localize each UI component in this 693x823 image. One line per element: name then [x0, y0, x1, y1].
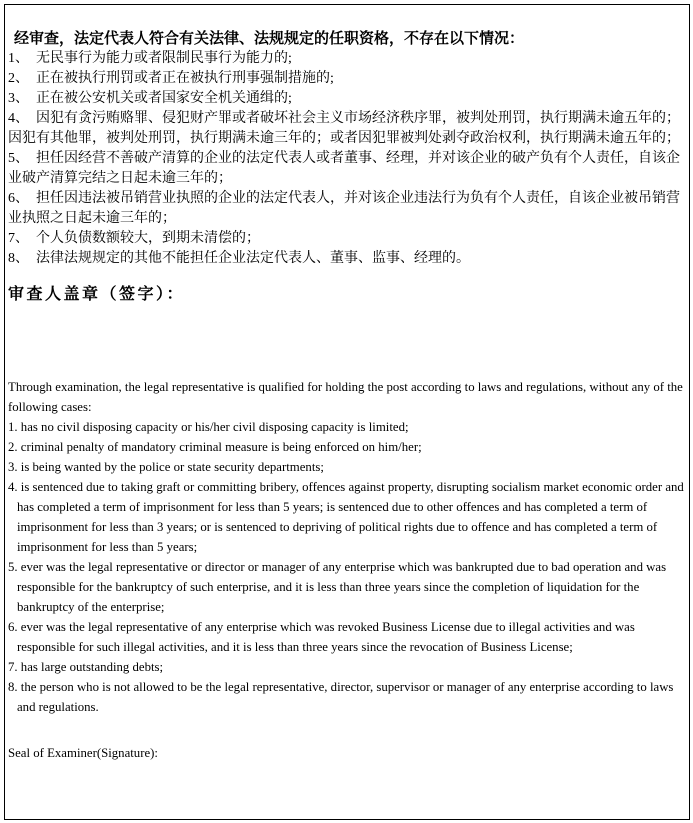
document-border-frame: 经审查，法定代表人符合有关法律、法规规定的任职资格，不存在以下情况： 1、 无民… — [4, 4, 690, 820]
cn-list-item-2: 2、 正在被执行刑罚或者正在被执行刑事强制措施的; — [8, 69, 684, 89]
cn-examiner-seal-heading: 审查人盖章（签字）： — [8, 285, 684, 305]
en-examiner-seal-line: Seal of Examiner(Signature): — [8, 743, 684, 763]
en-conditions-list: 1. has no civil disposing capacity or hi… — [8, 417, 684, 717]
en-list-item-2: 2. criminal penalty of mandatory crimina… — [8, 437, 684, 457]
cn-list-item-6: 6、 担任因违法被吊销营业执照的企业的法定代表人，并对该企业违法行为负有个人责任… — [8, 189, 684, 229]
en-intro-paragraph: Through examination, the legal represent… — [8, 377, 684, 417]
cn-list-item-3: 3、 正在被公安机关或者国家安全机关通缉的; — [8, 89, 684, 109]
en-list-item-5: 5. ever was the legal representative or … — [8, 557, 684, 617]
cn-list-item-1: 1、 无民事行为能力或者限制民事行为能力的; — [8, 49, 684, 69]
en-list-item-3: 3. is being wanted by the police or stat… — [8, 457, 684, 477]
en-list-item-7: 7. has large outstanding debts; — [8, 657, 684, 677]
en-list-item-6: 6. ever was the legal representative of … — [8, 617, 684, 657]
cn-list-item-4: 4、 因犯有贪污贿赂罪、侵犯财产罪或者破坏社会主义市场经济秩序罪，被判处刑罚，执… — [8, 109, 684, 149]
en-list-item-4: 4. is sentenced due to taking graft or c… — [8, 477, 684, 557]
cn-list-item-5: 5、 担任因经营不善破产清算的企业的法定代表人或者董事、经理，并对该企业的破产负… — [8, 149, 684, 189]
cn-intro-paragraph: 经审查，法定代表人符合有关法律、法规规定的任职资格，不存在以下情况： — [14, 29, 684, 49]
signature-blank-space — [8, 305, 684, 377]
cn-conditions-list: 1、 无民事行为能力或者限制民事行为能力的; 2、 正在被执行刑罚或者正在被执行… — [8, 49, 684, 269]
document-page: 经审查，法定代表人符合有关法律、法规规定的任职资格，不存在以下情况： 1、 无民… — [0, 0, 693, 823]
en-list-item-8: 8. the person who is not allowed to be t… — [8, 677, 684, 717]
en-list-item-1: 1. has no civil disposing capacity or hi… — [8, 417, 684, 437]
cn-list-item-7: 7、 个人负债数额较大，到期未清偿的； — [8, 229, 684, 249]
cn-list-item-8: 8、 法律法规规定的其他不能担任企业法定代表人、董事、监事、经理的。 — [8, 249, 684, 269]
